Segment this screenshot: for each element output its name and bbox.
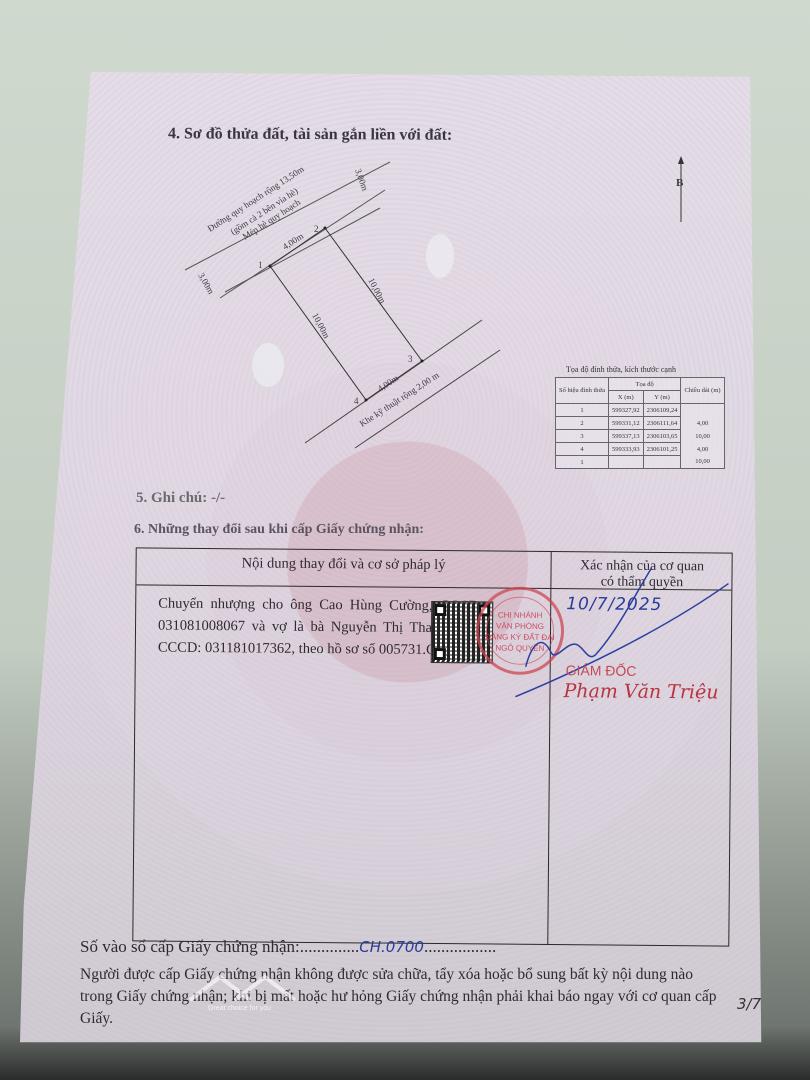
section-6-title: 6. Những thay đổi sau khi cấp Giấy chứng… xyxy=(134,522,424,538)
registration-number: CH.0700 xyxy=(359,938,424,956)
table-row: 1599327,922306109,24 xyxy=(556,404,725,417)
svg-text:Khe kỹ thuật rộng 2,00 m: Khe kỹ thuật rộng 2,00 m xyxy=(358,370,441,429)
changes-table: Nội dung thay đổi và cơ sở pháp lý Xác n… xyxy=(132,547,732,946)
certificate-note: Người được cấp Giấy chứng nhận không đượ… xyxy=(80,964,720,1030)
svg-text:4: 4 xyxy=(354,396,359,406)
svg-text:10,00m: 10,00m xyxy=(310,311,332,340)
watermark-logo: Great choice for you xyxy=(180,965,310,1020)
coordinates-table: Số hiệu đỉnh thửa Tọa độ Chiều dài (m) X… xyxy=(555,377,725,469)
table-row: 110,00 xyxy=(556,456,725,469)
svg-text:3,00m: 3,00m xyxy=(196,271,216,296)
signer-name: Phạm Văn Triệu xyxy=(563,680,718,703)
table-row: 3599337,132306103,6510,00 xyxy=(556,430,725,443)
section-5-notes: 5. Ghi chú: -/- xyxy=(136,490,225,507)
north-arrow-icon: B xyxy=(676,156,684,222)
house-logo-icon xyxy=(180,965,310,1005)
page-mark: 3/7 xyxy=(737,995,761,1013)
svg-text:4,00m: 4,00m xyxy=(376,373,401,394)
registration-number-line: Số vào sổ cấp Giấy chứng nhận:..........… xyxy=(80,937,496,957)
table-row: 4599333,932306101,254,00 xyxy=(556,443,725,456)
coordinates-title: Tọa độ đỉnh thửa, kích thước cạnh xyxy=(566,365,676,374)
svg-text:B: B xyxy=(676,177,684,189)
svg-text:2: 2 xyxy=(314,224,319,234)
table-row: 2599331,122306111,644,00 xyxy=(556,417,725,430)
changes-header-content: Nội dung thay đổi và cơ sở pháp lý xyxy=(137,554,551,575)
svg-text:1: 1 xyxy=(258,260,263,270)
svg-text:3: 3 xyxy=(408,354,413,364)
signer-title: GIÁM ĐỐC xyxy=(566,662,637,679)
svg-text:10,00m: 10,00m xyxy=(366,276,388,305)
svg-text:4,00m: 4,00m xyxy=(281,231,306,252)
